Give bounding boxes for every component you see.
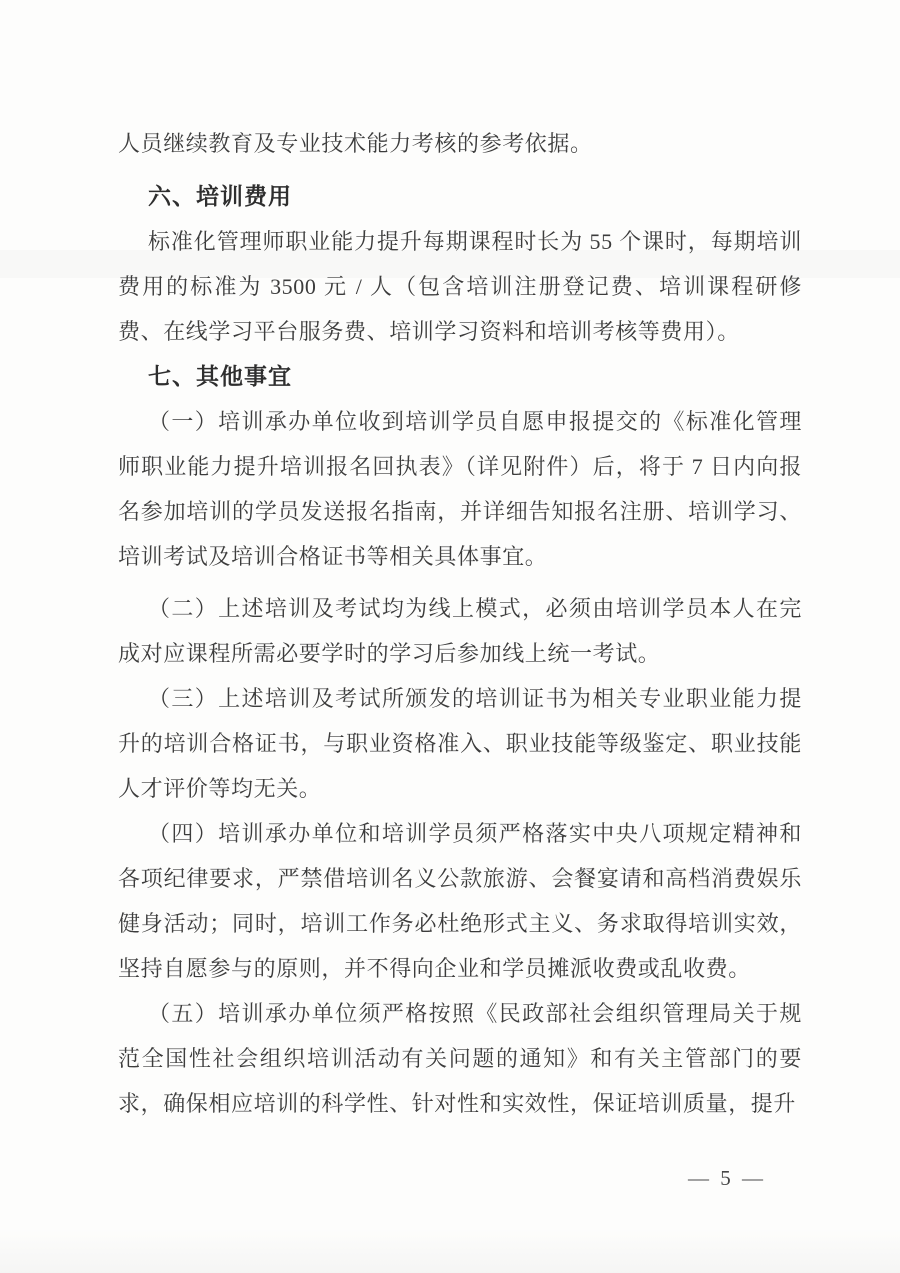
paragraph-item-2: （二）上述培训及考试均为线上模式，必须由培训学员本人在完成对应课程所需必要学时的…	[118, 586, 802, 676]
paragraph-item-3: （三）上述培训及考试所颁发的培训证书为相关专业职业能力提升的培训合格证书，与职业…	[118, 676, 802, 811]
paragraph-item-4: （四）培训承办单位和培训学员须严格落实中央八项规定精神和各项纪律要求，严禁借培训…	[118, 811, 802, 991]
section-heading-training-fees: 六、培训费用	[118, 174, 802, 219]
paragraph-item-5: （五）培训承办单位须严格按照《民政部社会组织管理局关于规范全国性社会组织培训活动…	[118, 991, 802, 1126]
page-number: — 5 —	[672, 1166, 782, 1191]
document-body: 人员继续教育及专业技术能力考核的参考依据。 六、培训费用 标准化管理师职业能力提…	[118, 121, 802, 1126]
paragraph-item-1: （一）培训承办单位收到培训学员自愿申报提交的《标准化管理师职业能力提升培训报名回…	[118, 399, 802, 579]
document-page: 人员继续教育及专业技术能力考核的参考依据。 六、培训费用 标准化管理师职业能力提…	[0, 0, 900, 1273]
paragraph-training-fees: 标准化管理师职业能力提升每期课程时长为 55 个课时，每期培训费用的标准为 35…	[118, 219, 802, 354]
paragraph-continuation: 人员继续教育及专业技术能力考核的参考依据。	[118, 121, 802, 166]
scan-artifact-band-bottom	[0, 1228, 900, 1273]
section-heading-other-matters: 七、其他事宜	[118, 354, 802, 399]
